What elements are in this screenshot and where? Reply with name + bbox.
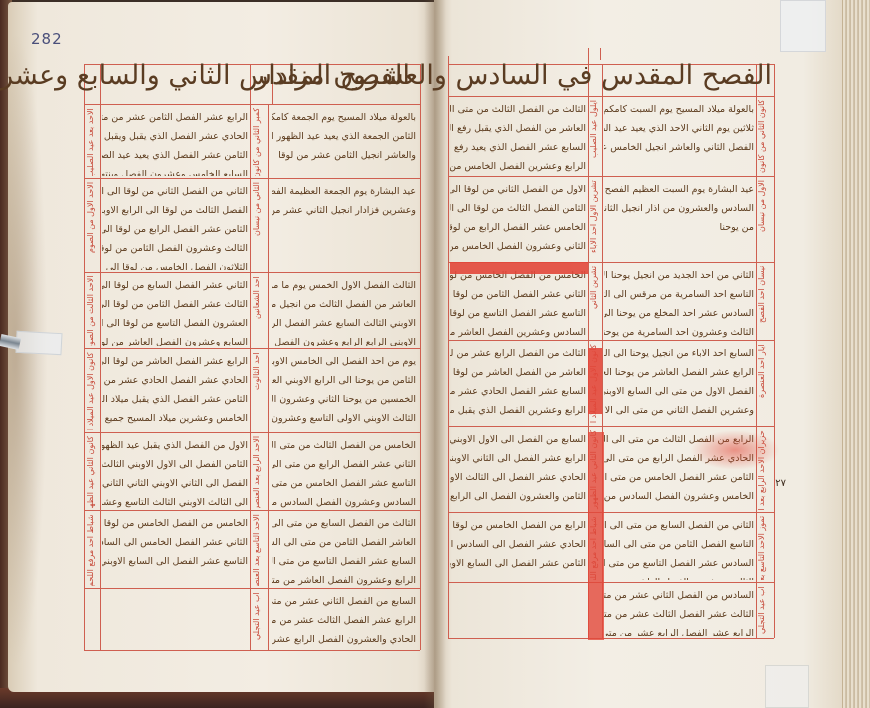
rubric-note-right: احد الشعانين xyxy=(252,276,266,346)
column-rule xyxy=(774,64,775,638)
cell-text-right: بالعولة ميلاد المسيح يوم الجمعة كامكم سب… xyxy=(272,108,416,176)
text-line: الحادي عشر الفصل الى السادس الاوبني السا… xyxy=(450,535,586,554)
text-line: الثالث عشر الفصل الثامن من لوقا الى الخا… xyxy=(102,295,248,314)
column-rule xyxy=(100,64,101,650)
rubric-note-right: اب عيد التجلي xyxy=(757,586,773,636)
rubric-note-right: الاحد الرابع بعد العنصرة xyxy=(252,436,266,508)
text-line: الثامن الجمعة الذي يعيد عيد الظهور الخام… xyxy=(272,127,416,146)
row-rule xyxy=(84,348,420,349)
cell-text-right: الثالث الفصل الاول الخمس يوم ما من انجيل… xyxy=(272,276,416,346)
text-line: عيد البشارة يوم الجمعة العظيمة الفصح الم… xyxy=(272,182,416,201)
text-line: يوم من احد الفصل الى الخامس الاوبني الثا… xyxy=(272,352,416,371)
text-line: الثلاثون الفصل الخامس من لوقا الى السابع… xyxy=(102,258,248,270)
column-rule xyxy=(448,56,449,638)
text-line: بالعولة ميلاد المسيح يوم السبت كامكم سبع… xyxy=(604,100,754,119)
column-rule xyxy=(420,64,421,650)
text-line: الثالث من الفصل الرابع عشر من لوقا الى ا… xyxy=(450,344,586,363)
text-line: السابع عشر الفصل الحادي عشر من لوقا الى … xyxy=(450,382,586,401)
rubric-note-left: الاحد الثالث من الصوم xyxy=(86,276,100,346)
text-line: الثاني عشر الفصل الرابع من متى الى الثال… xyxy=(272,455,416,474)
text-line: الرابع عشر الفصل الى الثاني الاوبني الثا… xyxy=(450,449,586,468)
text-line: وعشرين الفصل الثاني من متى الى الاول الا… xyxy=(604,401,754,420)
text-line: الثامن عشر الفصل الذي يقبل ميلاد المسيح … xyxy=(102,390,248,409)
text-line: الرابع عشر الفصل العاشر من لوقا الى الرا… xyxy=(102,352,248,371)
rubric-note-left: كانون الثاني عيد الظهور الالهي xyxy=(86,436,100,508)
row-rule xyxy=(84,272,420,273)
rubric-note-right: الثاني من نيسان xyxy=(252,182,266,270)
text-line: الخامس من الفصل الثالث من متى الى الثاني… xyxy=(272,436,416,455)
text-line: الاول من الفصل الذي يقبل عيد الظهور الى … xyxy=(102,436,248,455)
text-line: الثالث وعشرون الفصل العاشر من متى الى ال… xyxy=(604,573,754,580)
text-line: التاسع عشر الفصل الخامس من متى الى الراب… xyxy=(272,474,416,493)
text-line: السابع من الفصل الثاني عشر من متى الى ال… xyxy=(272,592,416,611)
rubric-note-left: تشرين الاول احد الاباء xyxy=(589,180,601,260)
cell-text-left: الاول من الفصل الثاني من لوقا الى الثاني… xyxy=(450,180,586,260)
text-line: السابع عشر الفصل الذي يعيد رفع الصليب ال… xyxy=(450,138,586,157)
text-line: الاول من الفصل الثاني من لوقا الى الثاني… xyxy=(450,180,586,199)
text-line: الحادي والثلاثون الفصل الذي يعيد ميلاد ا… xyxy=(450,420,586,424)
text-line: ثلاثين يوم الثاني الاحد الذي يعيد عيد ال… xyxy=(604,119,754,138)
text-line: الثالث وعشرون الفصل الثامن من لوقا الى ا… xyxy=(102,239,248,258)
text-line: الخامس وعشرون الفصل السادس من متى الى ال… xyxy=(604,487,754,506)
text-line: السادس عشر الفصل التاسع من متى الى الثان… xyxy=(604,554,754,573)
text-line: العاشر الفصل الثامن من متى الى السابع ال… xyxy=(272,533,416,552)
text-line: الرابع من الفصل الخامس من لوقا الى الخام… xyxy=(450,516,586,535)
rubric-note-right: نيسان احد الفصح xyxy=(757,266,773,338)
right-page-heading: الفصح المقدس في السادس والعشرون مزادار xyxy=(452,60,772,91)
cell-text-left: الثاني من الفصل الثاني من لوقا الى الثال… xyxy=(102,182,248,270)
cell-text-right: السابع من الفصل الثاني عشر من متى الى ال… xyxy=(272,592,416,648)
rubric-note-right: الاحد التاسع بعد العنصرة xyxy=(252,514,266,586)
text-line: الثاني عشر الفصل الثامن من لوقا الى الاو… xyxy=(450,285,586,304)
text-line: السادس من الفصل الثاني عشر من متى الى ال… xyxy=(604,586,754,605)
text-line: العاشر من الفصل الثالث من انجيل مرقس الى… xyxy=(272,295,416,314)
text-line: الخمسين من يوحنا الثاني وعشرون الفصل الر… xyxy=(272,390,416,409)
cell-text-right: الخامس من الفصل الثالث من متى الى الثاني… xyxy=(272,436,416,508)
rubric-note-left: شباط احد مرفع اللحم xyxy=(86,514,100,586)
text-line: التاسع وعشرون الفصل السابع من لوقا الى ا… xyxy=(450,256,586,260)
conservation-tape-right-top xyxy=(780,0,826,52)
text-line: الثالث الفصل الاول الخمس يوم ما من انجيل… xyxy=(272,276,416,295)
rubric-note-left: الاحد بعد عيد الصليب xyxy=(86,108,100,176)
text-line: الخامس وعشرين ميلاد المسيح جميع العيد xyxy=(102,409,248,428)
text-line: الرابع وعشرين الفصل الخامس من لوقا الى ا… xyxy=(450,157,586,174)
text-line: عيد البشارة يوم السبت العظيم الفصح المقد… xyxy=(604,180,754,199)
text-line: السابع احد الاباء من انجيل يوحنا الى الخ… xyxy=(604,344,754,363)
text-line: الفصل الى الثاني الاوبني الثاني الثاني و… xyxy=(102,474,248,493)
text-line: الثامن من يوحنا الى الرابع الاوبني العاش… xyxy=(272,371,416,390)
text-line: والعاشر انجيل الثامن عشر من لوقا xyxy=(272,146,416,165)
text-line: الثامن والعشرون الفصل الى الرابع الاوبني… xyxy=(450,487,586,506)
text-line: السابع عشر الفصل التاسع من متى الى الثان… xyxy=(272,552,416,571)
cell-text-right: الثاني من احد الجديد من انجيل يوحنا الاو… xyxy=(604,266,754,338)
text-line: الثاني عشر الفصل السابع من لوقا الى الخا… xyxy=(102,276,248,295)
text-line: الثالث من الفصل الثالث من متى الى الثاني… xyxy=(450,100,586,119)
text-line: الحادي عشر الفصل الى الثالث الاوبني الثا… xyxy=(450,468,586,487)
text-line: الثامن الفصل الثالث من لوقا الى الثالث ا… xyxy=(450,199,586,218)
rubric-note-right: كمبر الثاني من كانون xyxy=(252,108,266,176)
text-line: الحادي عشر الفصل الذي يقبل ويقبل الصليب … xyxy=(102,127,248,146)
rubric-note-right: ايار احد العنصرة xyxy=(757,344,773,424)
text-line: الثاني من احد الجديد من انجيل يوحنا الاو… xyxy=(604,266,754,285)
text-line: التاسع الفصل الثامن من متى الى السابع ال… xyxy=(604,535,754,554)
text-line: الفصل الاول من متى الى السابع الاوبني ال… xyxy=(604,382,754,401)
cell-text-left xyxy=(102,592,248,648)
text-line: السابع وعشرون الفصل العاشر من لوقا الى ا… xyxy=(102,333,248,346)
text-line: الثاني عشر الفصل الخامس الى السادس الاوب… xyxy=(102,533,248,552)
row-rule xyxy=(84,650,420,651)
cell-text-left: السابع من الفصل الى الاول الاوبني الاولا… xyxy=(450,430,586,510)
text-line: الثامن عشر الفصل الرابع من لوقا الى الخا… xyxy=(102,220,248,239)
text-line: الخامس من الفصل الخامس من لوقا الى الخام… xyxy=(102,514,248,533)
text-line: السابع الخامس وعشرون الفصل وينتهي الى xyxy=(102,165,248,176)
text-line: الثاني من الفصل الثاني من لوقا الى الثال… xyxy=(102,182,248,201)
text-line: الثالث عشر الفصل الثالث عشر من متى الى ا… xyxy=(604,605,754,624)
cell-text-left: الرابع عشر الفصل الثامن عشر من متى الى ا… xyxy=(102,108,248,176)
text-line: الثامن عشر الفصل الذي يعيد عيد الصليب ال… xyxy=(102,146,248,165)
cell-text-left: الثالث من الفصل الرابع عشر من لوقا الى ا… xyxy=(450,344,586,424)
text-line: الثالث وعشرون احد السامرية من يوحنا الى … xyxy=(604,323,754,338)
text-line: الرابع عشر الفصل العاشر من يوحنا الحادي … xyxy=(604,363,754,382)
text-line: التاسع عشر الفصل التاسع من لوقا الى الثا… xyxy=(450,304,586,323)
column-rule xyxy=(600,48,601,60)
text-line: الاوبني الثالث السابع عشر الفصل الرابع م… xyxy=(272,314,416,333)
text-line: الفصل الثالث من لوقا الى الرابع الاوبني … xyxy=(102,201,248,220)
text-line: العاشر من الفصل العاشر من لوقا الى الخام… xyxy=(450,363,586,382)
rubric-note-left: ايلول عيد الصليب xyxy=(589,100,601,174)
text-line: السادس وعشرين الفصل العاشر من لوقا الى ا… xyxy=(450,323,586,338)
text-line: التاسع عشر الفصل الى السابع الاوبني السا… xyxy=(102,552,248,571)
column-rule xyxy=(268,104,269,650)
row-rule xyxy=(448,426,774,427)
cell-text-right: السادس من الفصل الثاني عشر من متى الى ال… xyxy=(604,586,754,636)
text-line: الى الثالث الاوبني الثالث التاسع وعشرون … xyxy=(102,493,248,508)
row-rule xyxy=(448,638,774,639)
cell-text-left: الخامس من الفصل الخامس من لوقا الى الخام… xyxy=(102,514,248,586)
text-line: الثالث الاوبني الاولى التاسع وعشرون الفص… xyxy=(272,409,416,428)
text-line: السادس وعشرون الفصل السادس من متى الى ال… xyxy=(272,493,416,508)
cell-text-right: السابع احد الاباء من انجيل يوحنا الى الخ… xyxy=(604,344,754,424)
cell-text-left: الثالث من الفصل الثالث من متى الى الثاني… xyxy=(450,100,586,174)
text-line: الرابع وعشرين الفصل الذي يقبل ميلاد المس… xyxy=(450,401,586,420)
red-ink-splash xyxy=(690,430,780,470)
rubric-note-right: الاول من نيسان xyxy=(757,180,773,260)
row-rule xyxy=(84,178,420,179)
text-line: الرابع وعشرون الفصل العاشر من متى الى ال… xyxy=(272,571,416,586)
row-rule xyxy=(448,582,774,583)
rubric-note-left: تشرين الثاني xyxy=(589,266,601,338)
cell-text-left xyxy=(450,586,586,636)
cell-text-left: الرابع عشر الفصل العاشر من لوقا الى الرا… xyxy=(102,352,248,430)
text-line: السادس والعشرون من اذار انجيل الثاني عشر xyxy=(604,199,754,218)
text-line: الى الخامس الاوبني الثاني xyxy=(272,428,416,430)
text-line: السابع من الفصل الى الاول الاوبني الاول xyxy=(450,430,586,449)
red-wash-column xyxy=(588,348,602,414)
cell-text-right: الثاني من الفصل السابع من متى الى الاول … xyxy=(604,516,754,580)
row-rule xyxy=(84,510,420,511)
cell-text-left: الخامس من الفصل الخامس من لوقا الى الساب… xyxy=(450,266,586,338)
row-rule xyxy=(448,96,774,97)
manuscript-spread: 282 الفصح المقدس الثاني والسابع وعشرين ف… xyxy=(0,0,870,708)
cell-text-left: الاول من الفصل الذي يقبل عيد الظهور الى … xyxy=(102,436,248,508)
text-line: العاشر من الفصل الذي يقبل رفع الصليب الى… xyxy=(450,119,586,138)
row-rule xyxy=(448,176,774,177)
cell-text-right: عيد البشارة يوم الجمعة العظيمة الفصح الم… xyxy=(272,182,416,270)
text-line: الثاني وعشرون الفصل الخامس من لوقا الى ا… xyxy=(450,237,586,256)
marginal-numeral: ٢٧ xyxy=(772,478,786,502)
column-rule xyxy=(84,64,85,650)
text-line: الحادي والعشرون الفصل الرابع عشر من متى … xyxy=(272,630,416,648)
column-rule xyxy=(250,64,251,650)
text-line: الثاني من الفصل السابع من متى الى الاول … xyxy=(604,516,754,535)
folio-number: 282 xyxy=(31,30,63,48)
cell-text-right: بالعولة ميلاد المسيح يوم السبت كامكم سبع… xyxy=(604,100,754,174)
text-line: الاوبني الرابع الرابع وعشرون الفصل الخام… xyxy=(272,333,416,346)
cell-text-right: يوم من احد الفصل الى الخامس الاوبني الثا… xyxy=(272,352,416,430)
text-line: من يوحنا xyxy=(604,218,754,237)
rubric-note-right: تموز الاحد التاسع بعد العنصرة xyxy=(757,516,773,580)
cell-text-right: عيد البشارة يوم السبت العظيم الفصح المقد… xyxy=(604,180,754,260)
rubric-note-right: اب عيد التجلي xyxy=(252,592,266,648)
red-wash-column-lower xyxy=(588,432,604,640)
text-line: الثامن عشر الفصل الخامس من متى الى الراب… xyxy=(604,468,754,487)
rubric-note-left: كانون الاول عيد الميلاد المجيد xyxy=(86,352,100,430)
text-line: الرابع عشر الفصل الثامن عشر من متى الى ا… xyxy=(102,108,248,127)
rubric-note-right: احد الثالوث xyxy=(252,352,266,430)
row-rule xyxy=(84,432,420,433)
text-line: الثامن عشر الفصل الى السابع الاوبني السا… xyxy=(450,554,586,573)
row-rule xyxy=(448,512,774,513)
row-rule xyxy=(84,104,420,105)
text-line: الثامن الفصل الى الاول الاوبني الثالث ال… xyxy=(102,455,248,474)
cell-text-right: الثالث من الفصل السابع من متى الى الاول … xyxy=(272,514,416,586)
rubric-note-left: الاحد الاول من الصوم xyxy=(86,182,100,270)
text-line: العشرون الفصل التاسع من لوقا الى الثاني … xyxy=(102,314,248,333)
text-line: وعشرين فزادار انجيل الثاني عشر من مرقس xyxy=(272,201,416,220)
rubric-note-right: كانون الثاني من كانون xyxy=(757,100,773,174)
text-line: الفصل الثاني والعاشر انجيل الخامس عشر من… xyxy=(604,138,754,157)
row-rule xyxy=(448,340,774,341)
cell-text-left: الرابع من الفصل الخامس من لوقا الى الخام… xyxy=(450,516,586,580)
text-line: السادس عشر احد المخلع من يوحنا الى الثال… xyxy=(604,304,754,323)
text-line: بالعولة ميلاد المسيح يوم الجمعة كامكم سب… xyxy=(272,108,416,127)
text-line: الخامس عشر الفصل الرابع من لوقا الى الرا… xyxy=(450,218,586,237)
conservation-tape-left xyxy=(15,331,62,355)
text-line: الرابع عشر الفصل الرابع عشر من متى الى ا… xyxy=(604,624,754,636)
row-rule xyxy=(84,588,420,589)
cell-text-left: الثاني عشر الفصل السابع من لوقا الى الخا… xyxy=(102,276,248,346)
text-line: الثالث من الفصل السابع من متى الى الاول … xyxy=(272,514,416,533)
conservation-tape-right-bottom xyxy=(765,665,809,708)
red-wash-band-horizontal xyxy=(450,262,588,274)
page-edges-stack xyxy=(842,0,870,708)
text-line: الحادي عشر الفصل الحادي عشر من لوقا الى … xyxy=(102,371,248,390)
text-line: الرابع عشر الفصل الثالث عشر من متى الى ا… xyxy=(272,611,416,630)
gutter-shadow xyxy=(424,0,446,708)
text-line: التاسع احد السامرية من مرقس الى الثاني ا… xyxy=(604,285,754,304)
